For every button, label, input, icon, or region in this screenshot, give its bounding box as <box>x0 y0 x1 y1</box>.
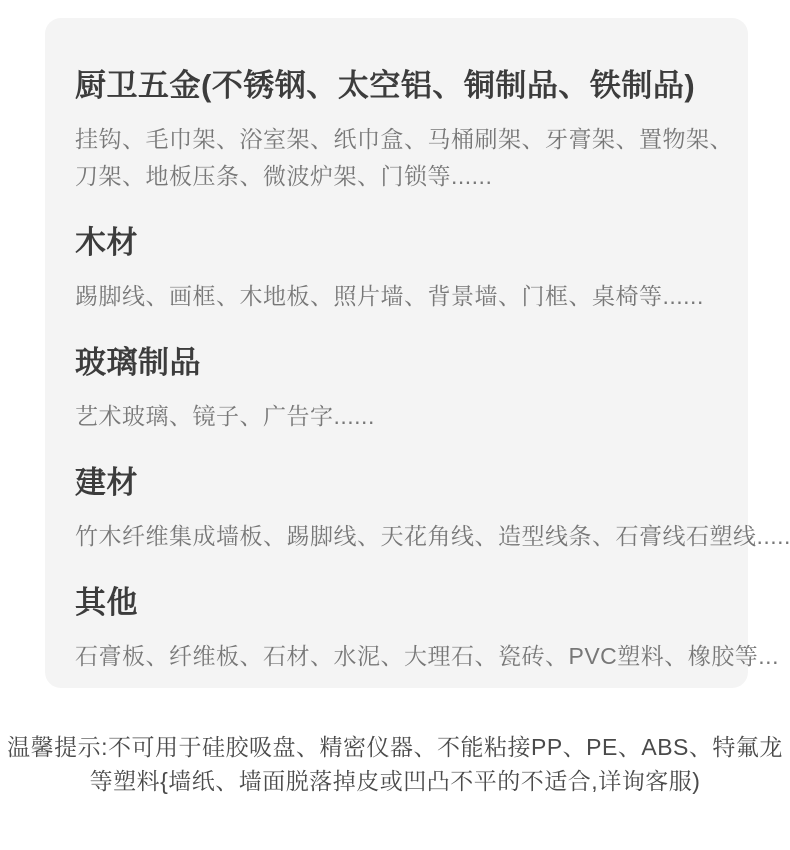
section-heading: 厨卫五金(不锈钢、太空铝、铜制品、铁制品) <box>75 68 730 104</box>
section-heading: 其他 <box>75 585 730 621</box>
body-line: 踢脚线、画框、木地板、照片墙、背景墙、门框、桌椅等...... <box>75 278 730 315</box>
section-body: 踢脚线、画框、木地板、照片墙、背景墙、门框、桌椅等...... <box>75 278 730 315</box>
body-line: 刀架、地板压条、微波炉架、门锁等...... <box>75 158 730 195</box>
section-building-materials: 建材 竹木纤维集成墙板、踢脚线、天花角线、造型线条、石膏线石塑线....... <box>75 465 730 555</box>
tip-line: 等塑料{墙纸、墙面脱落掉皮或凹凸不平的不适合,详询客服) <box>0 764 790 798</box>
body-line: 挂钩、毛巾架、浴室架、纸巾盒、马桶刷架、牙膏架、置物架、 <box>75 121 730 158</box>
section-heading: 建材 <box>75 465 730 501</box>
section-glass-products: 玻璃制品 艺术玻璃、镜子、广告字...... <box>75 345 730 435</box>
body-line: 竹木纤维集成墙板、踢脚线、天花角线、造型线条、石膏线石塑线....... <box>75 518 730 555</box>
section-body: 竹木纤维集成墙板、踢脚线、天花角线、造型线条、石膏线石塑线....... <box>75 518 730 555</box>
section-body: 挂钩、毛巾架、浴室架、纸巾盒、马桶刷架、牙膏架、置物架、 刀架、地板压条、微波炉… <box>75 121 730 195</box>
section-wood: 木材 踢脚线、画框、木地板、照片墙、背景墙、门框、桌椅等...... <box>75 225 730 315</box>
tip-line: 温馨提示:不可用于硅胶吸盘、精密仪器、不能粘接PP、PE、ABS、特氟龙 <box>0 730 790 764</box>
applicable-materials-card: 厨卫五金(不锈钢、太空铝、铜制品、铁制品) 挂钩、毛巾架、浴室架、纸巾盒、马桶刷… <box>45 18 748 688</box>
section-others: 其他 石膏板、纤维板、石材、水泥、大理石、瓷砖、PVC塑料、橡胶等... <box>75 585 730 675</box>
warm-tip-note: 温馨提示:不可用于硅胶吸盘、精密仪器、不能粘接PP、PE、ABS、特氟龙 等塑料… <box>0 730 790 798</box>
body-line: 石膏板、纤维板、石材、水泥、大理石、瓷砖、PVC塑料、橡胶等... <box>75 638 730 675</box>
body-line: 艺术玻璃、镜子、广告字...... <box>75 398 730 435</box>
section-body: 石膏板、纤维板、石材、水泥、大理石、瓷砖、PVC塑料、橡胶等... <box>75 638 730 675</box>
section-heading: 玻璃制品 <box>75 345 730 381</box>
section-heading: 木材 <box>75 225 730 261</box>
section-body: 艺术玻璃、镜子、广告字...... <box>75 398 730 435</box>
section-kitchen-bath-hardware: 厨卫五金(不锈钢、太空铝、铜制品、铁制品) 挂钩、毛巾架、浴室架、纸巾盒、马桶刷… <box>75 68 730 195</box>
